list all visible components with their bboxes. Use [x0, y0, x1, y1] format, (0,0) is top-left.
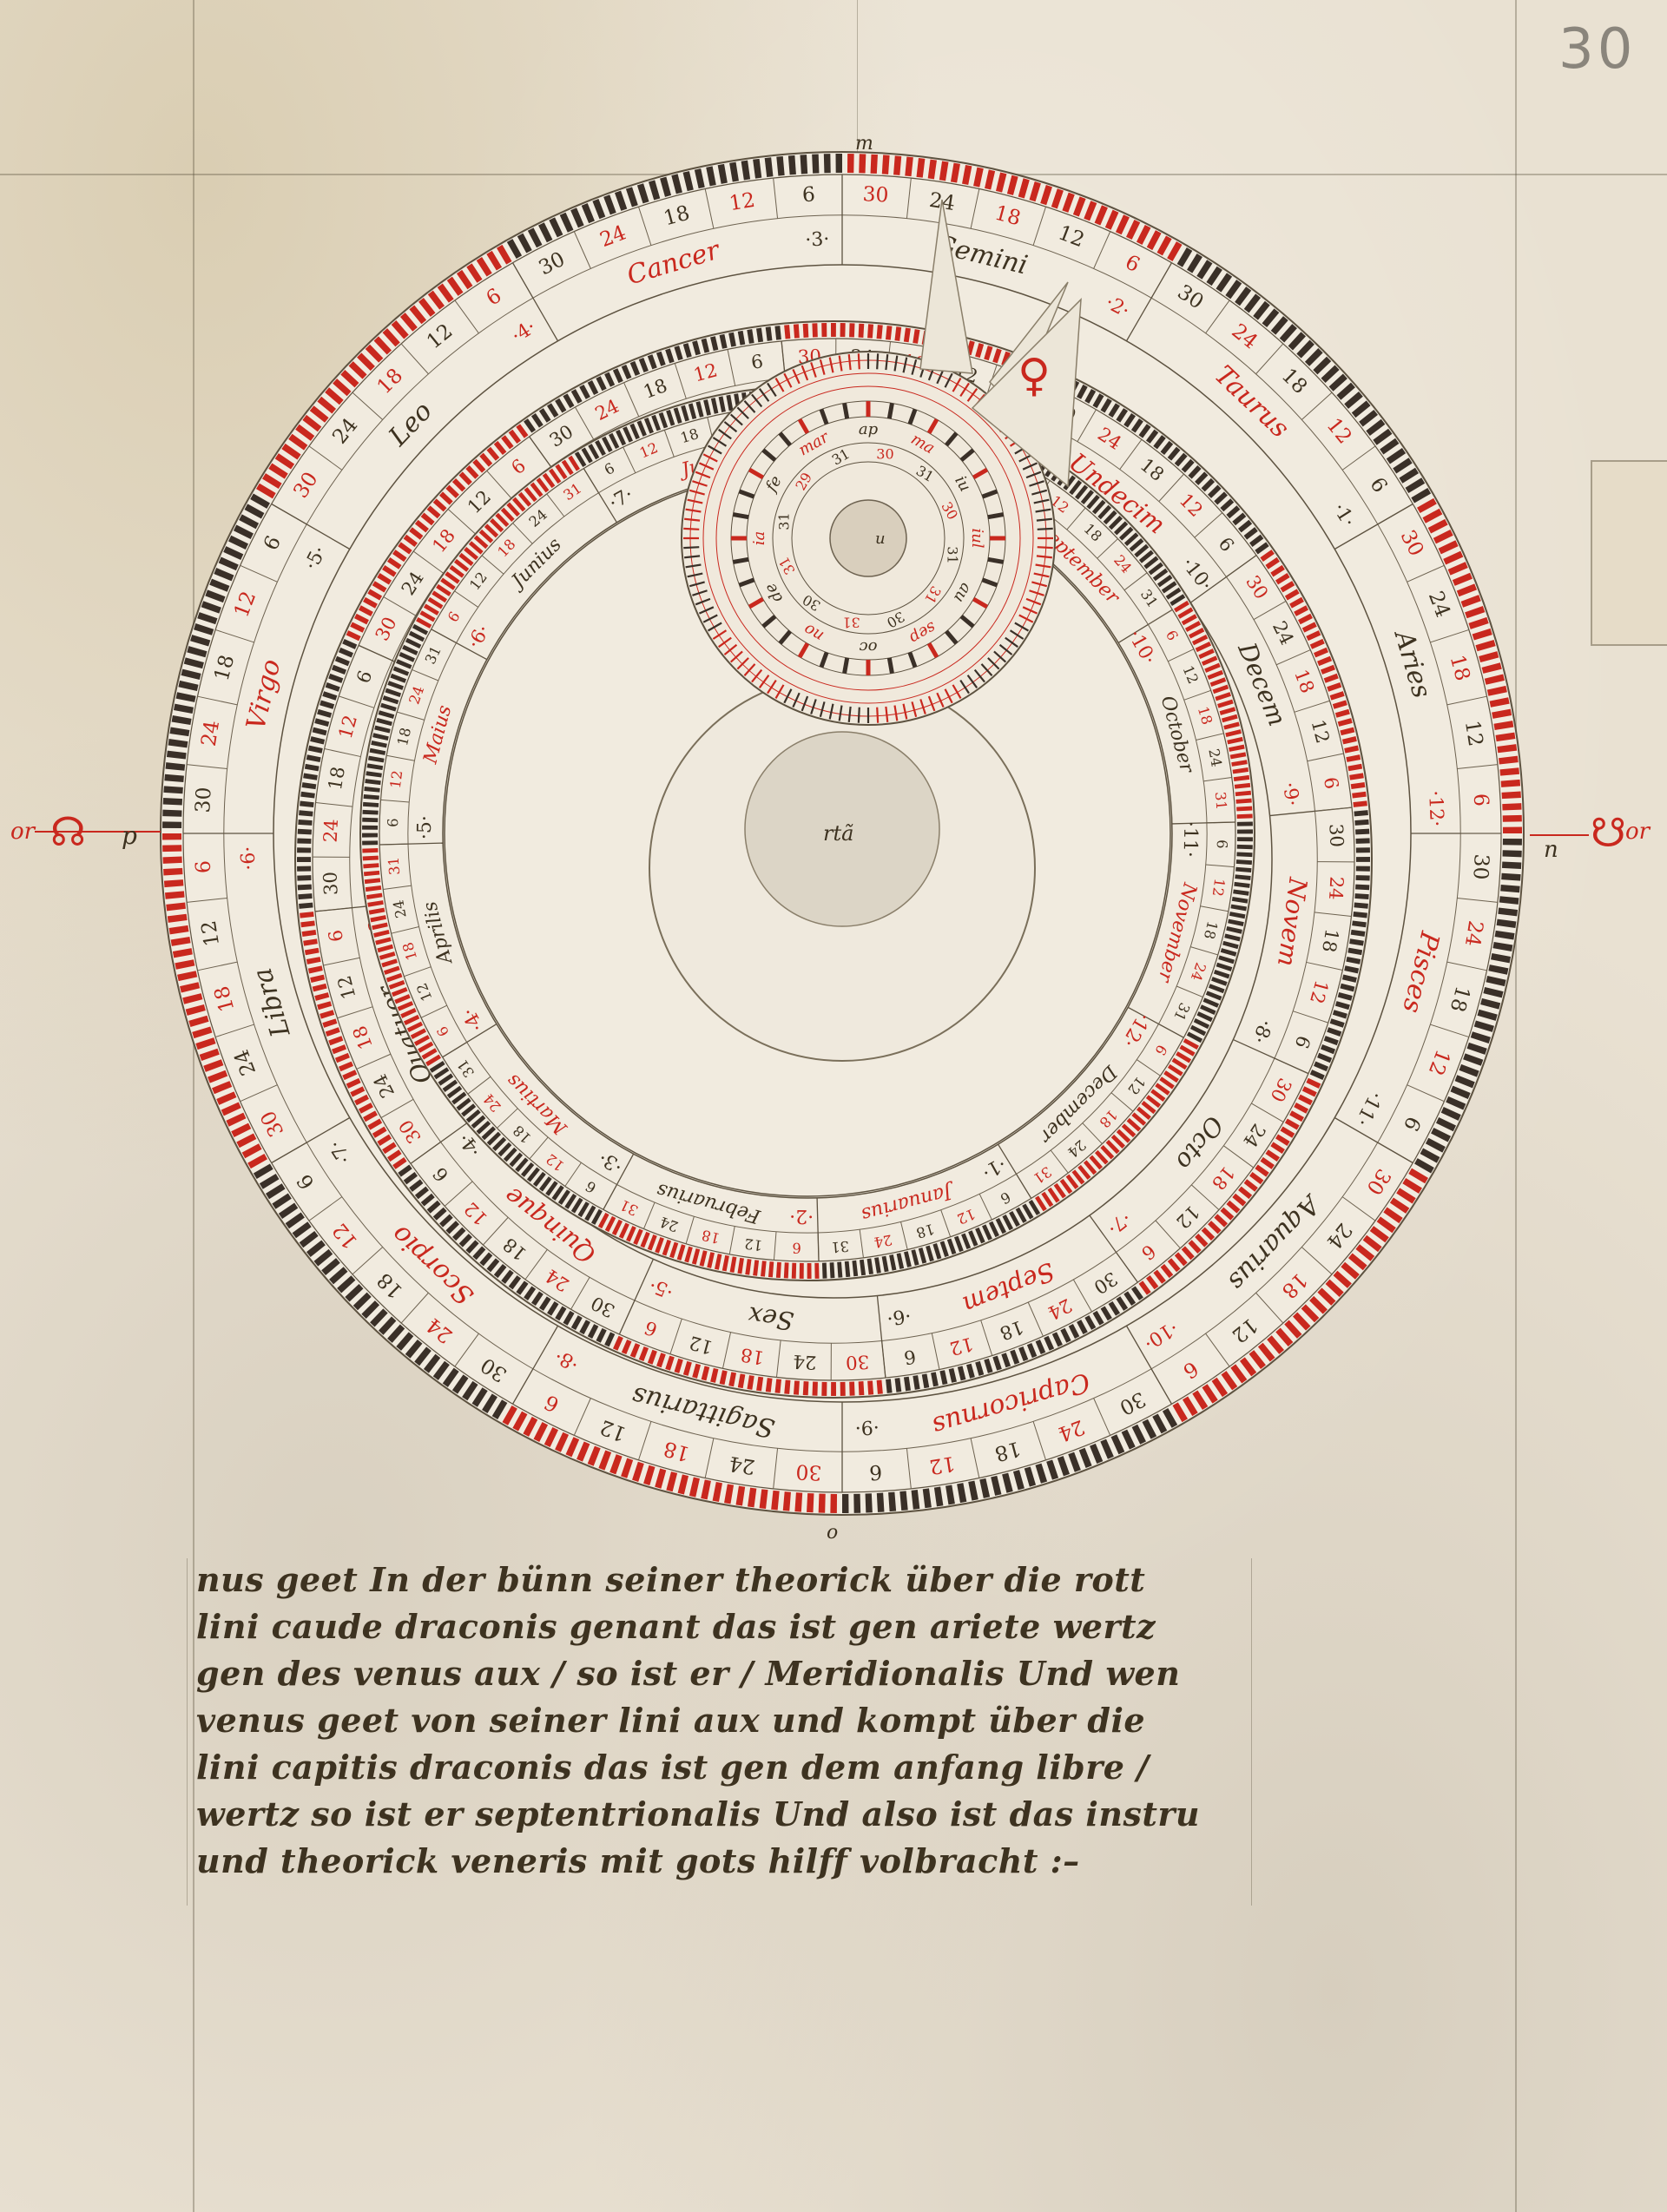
degree-tick: [1354, 893, 1368, 899]
segment-name: Sex: [746, 1300, 795, 1336]
degree-tick: [1356, 857, 1370, 862]
degree-tick: [882, 155, 890, 174]
degree-label: 6: [385, 818, 401, 827]
degree-tick: [1503, 850, 1522, 857]
ascending-node-icon: ☊: [50, 808, 86, 855]
degree-label: 24: [873, 1231, 893, 1250]
degree-tick: [1237, 829, 1253, 833]
small-volvelle-month: iul: [968, 528, 986, 548]
text-line-1: nus geet In der bünn seiner theorick übe…: [196, 1560, 1145, 1599]
degree-tick: [871, 155, 878, 174]
axis-right-word: or: [1625, 819, 1651, 845]
degree-tick: [859, 324, 865, 338]
text-line-6: wertz so ist er septentrionalis Und also…: [196, 1794, 1200, 1833]
degree-label: 24: [793, 1350, 818, 1373]
degree-label: 30: [795, 1459, 822, 1485]
degree-label: 30: [1468, 853, 1494, 880]
degree-label: 30: [862, 181, 889, 207]
degree-tick: [1503, 826, 1522, 833]
degree-label: 18: [325, 765, 350, 792]
axis-marker-top: m: [855, 133, 873, 155]
segment-number: ·3·: [805, 228, 830, 251]
degree-label: 24: [390, 899, 409, 919]
degree-tick: [362, 810, 378, 815]
degree-tick: [859, 1381, 865, 1395]
axis-right-letter: n: [1544, 837, 1558, 863]
small-volvelle-month: ia: [750, 531, 768, 546]
pivot-label: u: [875, 530, 886, 548]
axis-left-word: or: [10, 819, 36, 845]
small-volvelle-month: oc: [860, 638, 878, 656]
degree-tick: [362, 826, 378, 830]
degree-tick: [1356, 838, 1370, 843]
degree-tick: [812, 154, 819, 173]
degree-label: 12: [196, 918, 224, 948]
degree-tick: [822, 1263, 827, 1279]
degree-tick: [867, 1380, 873, 1394]
degree-tick: [807, 1263, 812, 1279]
degree-tick: [842, 1494, 849, 1513]
degree-tick: [1502, 792, 1521, 800]
degree-tick: [821, 323, 827, 337]
venus-symbol-icon: ♀: [1018, 349, 1051, 402]
small-volvelle-days: 31: [945, 546, 961, 563]
degree-tick: [1356, 866, 1370, 872]
degree-tick: [362, 818, 378, 822]
degree-label: 24: [320, 819, 344, 844]
degree-tick: [794, 324, 800, 338]
degree-tick: [1236, 852, 1252, 857]
degree-tick: [877, 1493, 885, 1512]
degree-tick: [835, 154, 842, 173]
degree-tick: [297, 857, 311, 862]
degree-tick: [847, 154, 854, 173]
degree-tick: [821, 1382, 827, 1396]
degree-tick: [1502, 862, 1521, 869]
degree-tick: [162, 845, 181, 852]
degree-label: 18: [1317, 927, 1342, 954]
degree-label: 18: [739, 1343, 766, 1368]
axis-marker-bottom: o: [827, 1522, 838, 1544]
degree-tick: [1503, 839, 1522, 846]
degree-tick: [803, 1381, 809, 1395]
degree-tick: [297, 847, 311, 853]
volvelle-diagram: 612182430·12·Aries612182430·1·Taurus6121…: [0, 0, 1667, 1563]
degree-label: 6: [792, 1240, 801, 1256]
degree-tick: [1501, 873, 1520, 881]
volvelle-pivot[interactable]: [830, 500, 906, 576]
degree-tick: [163, 868, 182, 876]
degree-label: 31: [1212, 791, 1230, 810]
degree-tick: [162, 810, 181, 817]
descending-node-icon: ☋: [1591, 809, 1626, 856]
degree-label: 24: [1324, 876, 1347, 901]
segment-number: ·9·: [854, 1415, 880, 1438]
text-line-5: lini capitis draconis das ist gen dem an…: [196, 1748, 1150, 1787]
degree-tick: [807, 1493, 814, 1512]
degree-label: 24: [1460, 918, 1488, 948]
degree-label: 12: [1460, 719, 1488, 748]
manuscript-text-block: nus geet In der bünn seiner theorick übe…: [187, 1558, 1252, 1906]
degree-tick: [297, 839, 311, 844]
degree-tick: [813, 1382, 818, 1396]
segment-number: ·6·: [237, 846, 260, 871]
degree-tick: [163, 798, 182, 805]
degree-tick: [298, 820, 312, 826]
segment-number: ·12·: [1424, 790, 1447, 827]
degree-tick: [162, 833, 181, 840]
degree-tick: [1237, 814, 1253, 820]
degree-label: 31: [830, 1238, 849, 1256]
degree-tick: [831, 1382, 836, 1396]
degree-tick: [859, 154, 866, 173]
degree-tick: [1237, 845, 1253, 849]
degree-tick: [298, 829, 312, 835]
degree-tick: [849, 323, 854, 337]
degree-tick: [801, 155, 808, 174]
degree-tick: [1503, 815, 1522, 822]
degree-tick: [1356, 847, 1370, 853]
degree-label: 12: [743, 1235, 763, 1254]
degree-label: 24: [1205, 747, 1224, 768]
degree-tick: [794, 1380, 800, 1394]
degree-label: 6: [868, 1460, 882, 1485]
segment-number: ·11·: [1179, 821, 1202, 858]
text-line-4: venus geet von seiner lini aux und kompt…: [196, 1701, 1145, 1740]
degree-tick: [1355, 829, 1369, 835]
degree-tick: [784, 1262, 789, 1278]
degree-tick: [1237, 837, 1253, 841]
degree-tick: [792, 1263, 796, 1279]
degree-tick: [1237, 821, 1253, 826]
small-volvelle-days: 31: [842, 615, 860, 631]
axis-left-letter: p: [122, 821, 137, 850]
degree-label: 6: [1469, 793, 1494, 806]
degree-tick: [840, 1382, 846, 1396]
degree-tick: [298, 893, 312, 899]
degree-label: 6: [1214, 839, 1230, 849]
degree-tick: [849, 1382, 854, 1396]
degree-tick: [362, 848, 378, 853]
degree-label: 6: [191, 859, 216, 873]
segment-number: ·9·: [1278, 780, 1303, 807]
segment-number: ·6·: [886, 1304, 913, 1329]
degree-tick: [1356, 875, 1370, 880]
degree-label: 6: [801, 182, 815, 207]
degree-tick: [1355, 885, 1369, 891]
text-line-3: gen des venus aux / so ist er / Meridion…: [196, 1654, 1180, 1693]
degree-tick: [800, 1263, 804, 1279]
degree-tick: [1354, 820, 1368, 826]
degree-tick: [824, 154, 831, 173]
degree-label: 12: [387, 769, 406, 789]
degree-label: 30: [1324, 823, 1347, 847]
degree-label: 30: [845, 1350, 869, 1373]
degree-tick: [297, 875, 311, 880]
small-volvelle-days: 31: [775, 512, 792, 530]
degree-tick: [814, 1263, 819, 1279]
degree-label: 31: [385, 856, 404, 875]
small-volvelle-days: 30: [876, 445, 893, 462]
small-volvelle-month: ap: [859, 420, 879, 438]
degree-tick: [866, 1493, 873, 1512]
degree-tick: [162, 857, 181, 864]
degree-tick: [298, 885, 312, 891]
degree-tick: [830, 1494, 837, 1513]
degree-label: 30: [190, 787, 216, 813]
degree-tick: [162, 821, 181, 828]
degree-tick: [803, 324, 809, 338]
degree-tick: [840, 323, 846, 337]
degree-label: 24: [728, 1452, 757, 1479]
degree-tick: [362, 840, 378, 845]
degree-label: 12: [1209, 878, 1229, 898]
text-line-2: lini caude draconis genant das ist gen a…: [196, 1607, 1156, 1646]
degree-tick: [853, 1494, 860, 1513]
degree-label: 24: [196, 719, 224, 748]
degree-tick: [362, 833, 378, 838]
degree-tick: [812, 323, 817, 337]
degree-tick: [297, 866, 311, 872]
text-line-7: und theorick veneris mit gots hilff volb…: [196, 1841, 1080, 1880]
degree-label: 30: [320, 871, 342, 895]
segment-number: ·5·: [414, 815, 436, 839]
degree-tick: [1502, 803, 1521, 810]
degree-tick: [831, 323, 836, 337]
degree-tick: [867, 324, 873, 338]
degree-label: 12: [927, 1452, 957, 1479]
degree-tick: [819, 1494, 826, 1513]
segment-number: ·2·: [789, 1205, 814, 1227]
degree-tick: [794, 1492, 802, 1511]
central-disc-label: rtã: [823, 821, 853, 846]
degree-label: 12: [728, 188, 757, 215]
degree-tick: [163, 786, 182, 793]
